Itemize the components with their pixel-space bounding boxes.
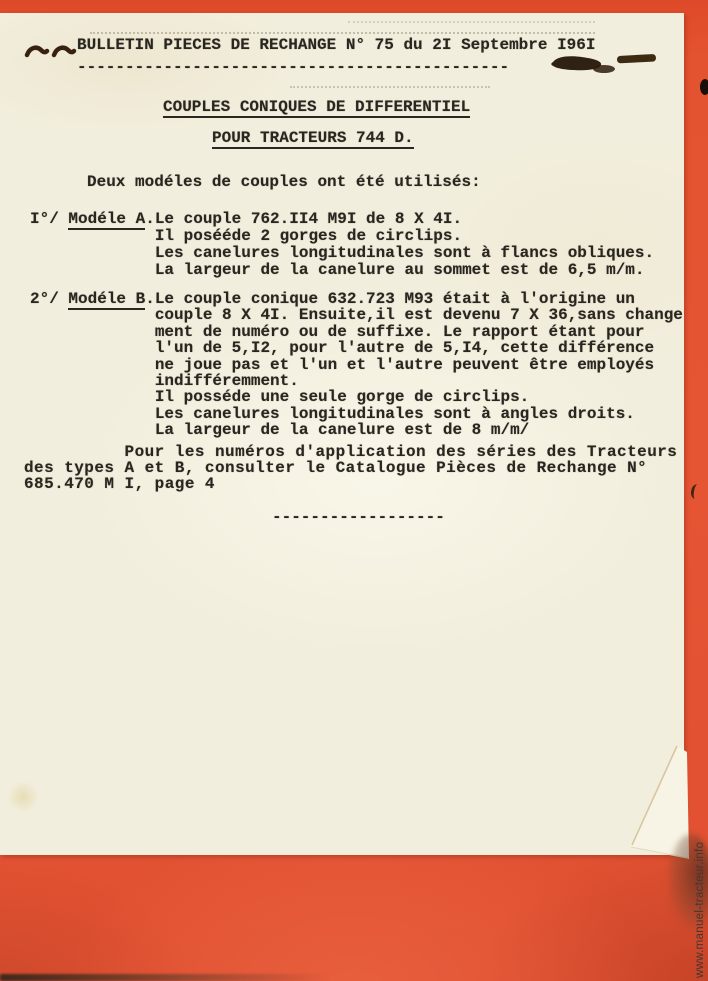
typed-line: l'un de 5,I2, pour l'autre de 5,I4, cett… [30,340,684,356]
typed-line: 2°/ Modéle B.Le couple conique 632.723 M… [30,291,684,307]
closing-paragraph: Pour les numéros d'application des série… [24,444,677,493]
document-page: BULLETIN PIECES DE RECHANGE N° 75 du 2I … [0,13,684,855]
doc-subtitle: POUR TRACTEURS 744 D. [212,129,414,149]
ghost-impression-line [90,32,595,34]
typed-line: Les canelures longitudinales sont à flan… [30,245,654,262]
doc-title-wrap: COUPLES CONIQUES DE DIFFERENTIEL [163,99,470,116]
divider-dashes: ------------------ [272,509,445,526]
typed-line: La largeur de la canelure au sommet est … [30,262,654,279]
ghost-impression-line [348,21,595,23]
doc-title: COUPLES CONIQUES DE DIFFERENTIEL [163,98,470,118]
edge-ink-mark [690,483,701,499]
typed-line: 685.470 M I, page 4 [24,476,677,492]
scan-edge-shadow [0,974,330,981]
typed-line: Il posééde 2 gorges de circlips. [30,228,654,245]
model-b-section: 2°/ Modéle B.Le couple conique 632.723 M… [30,291,684,439]
bulletin-header: BULLETIN PIECES DE RECHANGE N° 75 du 2I … [77,37,595,54]
typed-line: couple 8 X 4I. Ensuite,il est devenu 7 X… [30,307,684,323]
typed-line: ne joue pas et l'un et l'autre peuvent ê… [30,357,684,373]
typed-line: indifféremment. [30,373,684,389]
model-a-text: .Le couple 762.II4 M9I de 8 X 4I. [145,210,462,228]
doc-subtitle-wrap: POUR TRACTEURS 744 D. [212,130,414,147]
ghost-impression-line [290,86,490,88]
typed-line: Il posséde une seule gorge de circlips. [30,389,684,405]
model-a-section: I°/ Modéle A.Le couple 762.II4 M9I de 8 … [30,211,654,279]
watermark-url: www.manuel-tracteur.info [694,844,707,978]
intro-line: Deux modéles de couples ont été utilisés… [87,174,481,191]
ink-squiggle-marks [24,41,80,63]
bulletin-header-underline: ----------------------------------------… [77,59,509,76]
model-a-num: I°/ [30,210,68,228]
typed-line: Les canelures longitudinales sont à angl… [30,406,684,422]
typed-line: I°/ Modéle A.Le couple 762.II4 M9I de 8 … [30,211,654,228]
typed-line: La largeur de la canelure est de 8 m/m/ [30,422,684,438]
typed-line: ment de numéro ou de suffixe. Le rapport… [30,324,684,340]
typed-line: des types A et B, consulter le Catalogue… [24,460,677,476]
paper-stain [6,782,40,812]
typed-line: Pour les numéros d'application des série… [24,444,677,460]
edge-ink-blob [700,79,708,95]
scan-background: BULLETIN PIECES DE RECHANGE N° 75 du 2I … [0,0,708,981]
